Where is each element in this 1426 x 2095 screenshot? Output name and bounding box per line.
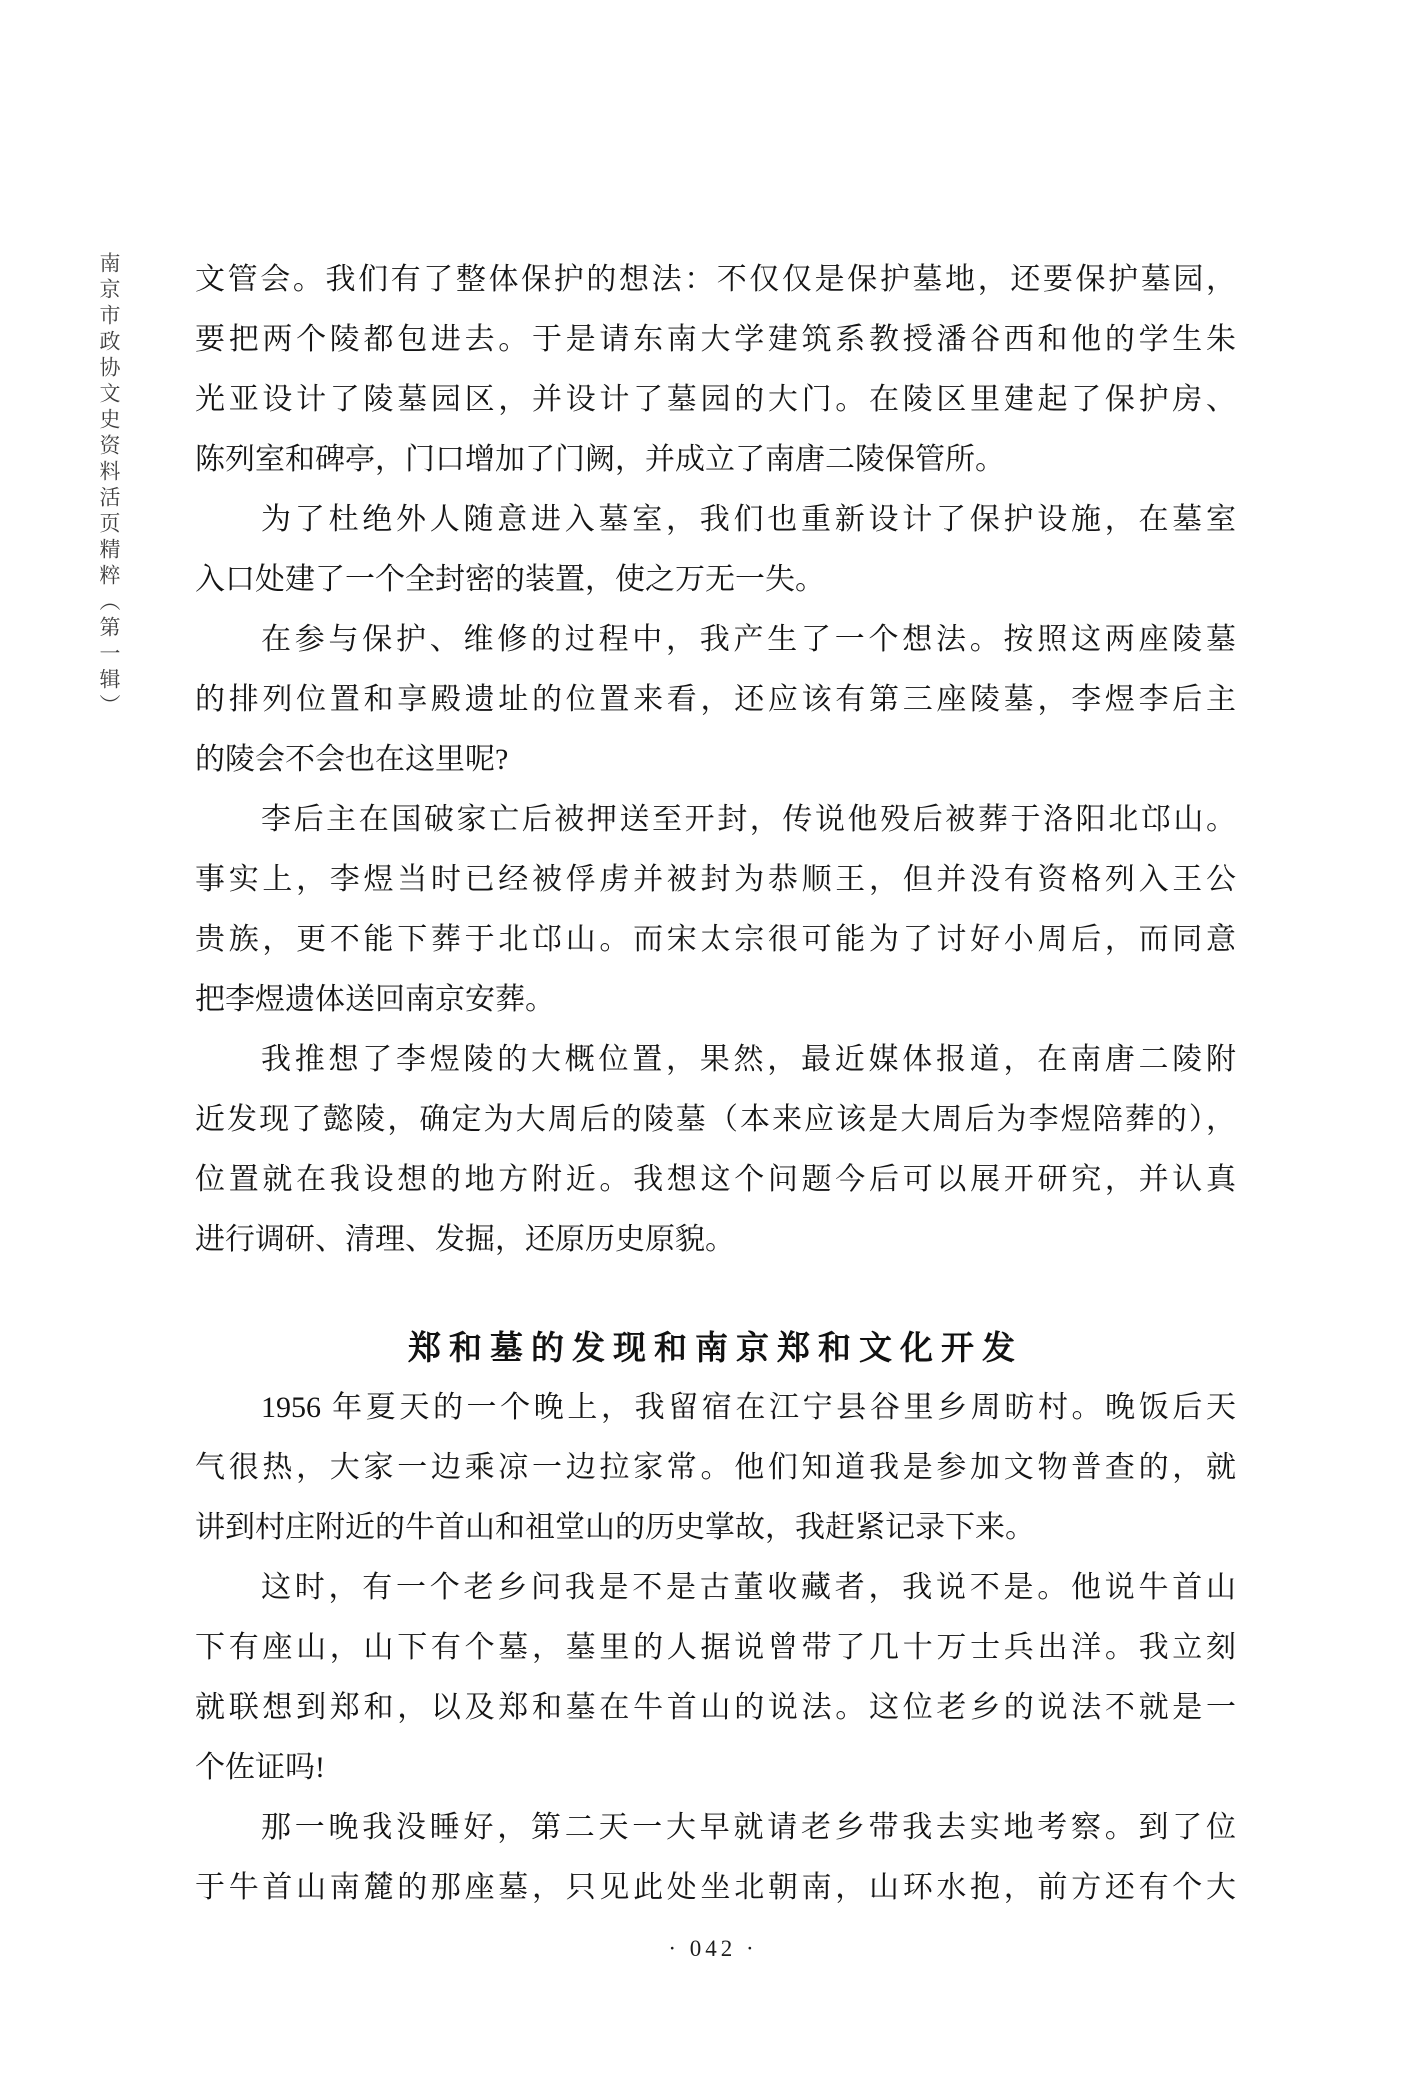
text-line: 文管会。我们有了整体保护的想法：不仅仅是保护墓地，还要保护墓园， — [195, 250, 1236, 310]
text-line: 讲到村庄附近的牛首山和祖堂山的历史掌故，我赶紧记录下来。 — [195, 1498, 1236, 1558]
text-line: 入口处建了一个全封密的装置，使之万无一失。 — [195, 550, 1236, 610]
text-line: 为了杜绝外人随意进入墓室，我们也重新设计了保护设施，在墓室 — [195, 490, 1236, 550]
text-line: 要把两个陵都包进去。于是请东南大学建筑系教授潘谷西和他的学生朱 — [195, 310, 1236, 370]
text-line: 李后主在国破家亡后被押送至开封，传说他殁后被葬于洛阳北邙山。 — [195, 790, 1236, 850]
text-line: 那一晚我没睡好，第二天一大早就请老乡带我去实地考察。到了位 — [195, 1798, 1236, 1858]
text-line: 光亚设计了陵墓园区，并设计了墓园的大门。在陵区里建起了保护房、 — [195, 370, 1236, 430]
spine-vertical-title: 南京市政协文史资料活页精粹（第一辑） — [94, 252, 124, 720]
text-line: 的排列位置和享殿遗址的位置来看，还应该有第三座陵墓，李煜李后主 — [195, 670, 1236, 730]
text-line: 进行调研、清理、发掘，还原历史原貌。 — [195, 1210, 1236, 1270]
text-line: 个佐证吗! — [195, 1738, 1236, 1798]
text-line: 在参与保护、维修的过程中，我产生了一个想法。按照这两座陵墓 — [195, 610, 1236, 670]
text-block: 文管会。我们有了整体保护的想法：不仅仅是保护墓地，还要保护墓园，要把两个陵都包进… — [195, 250, 1236, 1918]
text-line: 气很热，大家一边乘凉一边拉家常。他们知道我是参加文物普查的，就 — [195, 1438, 1236, 1498]
text-line: 于牛首山南麓的那座墓，只见此处坐北朝南，山环水抱，前方还有个大 — [195, 1858, 1236, 1918]
text-line: 位置就在我设想的地方附近。我想这个问题今后可以展开研究，并认真 — [195, 1150, 1236, 1210]
text-line: 陈列室和碑亭，门口增加了门阙，并成立了南唐二陵保管所。 — [195, 430, 1236, 490]
page-number: · 042 · — [0, 1936, 1426, 1962]
text-line: 事实上，李煜当时已经被俘虏并被封为恭顺王，但并没有资格列入王公 — [195, 850, 1236, 910]
text-line: 我推想了李煜陵的大概位置，果然，最近媒体报道，在南唐二陵附 — [195, 1030, 1236, 1090]
text-line: 1956 年夏天的一个晚上，我留宿在江宁县谷里乡周昉村。晚饭后天 — [195, 1378, 1236, 1438]
book-page: 南京市政协文史资料活页精粹（第一辑） 文管会。我们有了整体保护的想法：不仅仅是保… — [0, 0, 1426, 2095]
text-line: 下有座山，山下有个墓，墓里的人据说曾带了几十万士兵出洋。我立刻 — [195, 1618, 1236, 1678]
section-heading: 郑和墓的发现和南京郑和文化开发 — [195, 1318, 1236, 1378]
text-line: 的陵会不会也在这里呢? — [195, 730, 1236, 790]
text-line: 这时，有一个老乡问我是不是古董收藏者，我说不是。他说牛首山 — [195, 1558, 1236, 1618]
text-line: 把李煜遗体送回南京安葬。 — [195, 970, 1236, 1030]
text-line: 贵族，更不能下葬于北邙山。而宋太宗很可能为了讨好小周后，而同意 — [195, 910, 1236, 970]
text-line: 就联想到郑和，以及郑和墓在牛首山的说法。这位老乡的说法不就是一 — [195, 1678, 1236, 1738]
text-line: 近发现了懿陵，确定为大周后的陵墓（本来应该是大周后为李煜陪葬的）， — [195, 1090, 1236, 1150]
